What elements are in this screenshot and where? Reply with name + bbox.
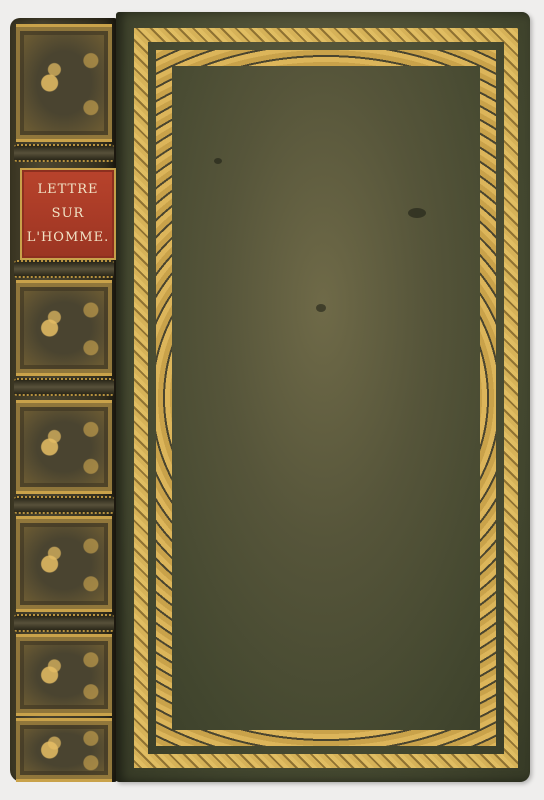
antique-book: LETTRE SUR L'HOMME. [10, 12, 532, 784]
spine-raised-band [14, 260, 114, 278]
spine-label-line-1: LETTRE [38, 178, 99, 202]
book-spine: LETTRE SUR L'HOMME. [10, 18, 118, 782]
spine-compartment [16, 280, 112, 376]
spine-compartment [16, 634, 112, 716]
spine-compartment [16, 516, 112, 612]
front-cover [116, 12, 530, 782]
spine-label-line-2: SUR [52, 202, 85, 226]
leather-blemish [316, 304, 326, 312]
spine-title-label: LETTRE SUR L'HOMME. [20, 168, 116, 260]
spine-raised-band [14, 378, 114, 396]
spine-label-line-3: L'HOMME. [27, 226, 109, 250]
leather-blemish [408, 208, 426, 218]
gilt-border-ornamental [156, 50, 496, 746]
spine-compartment-tail [16, 718, 112, 782]
spine-raised-band [14, 614, 114, 632]
spine-compartment [16, 400, 112, 494]
spine-raised-band [14, 144, 114, 162]
spine-raised-band [14, 496, 114, 514]
spine-compartment-head [16, 24, 112, 142]
leather-blemish [214, 158, 222, 164]
